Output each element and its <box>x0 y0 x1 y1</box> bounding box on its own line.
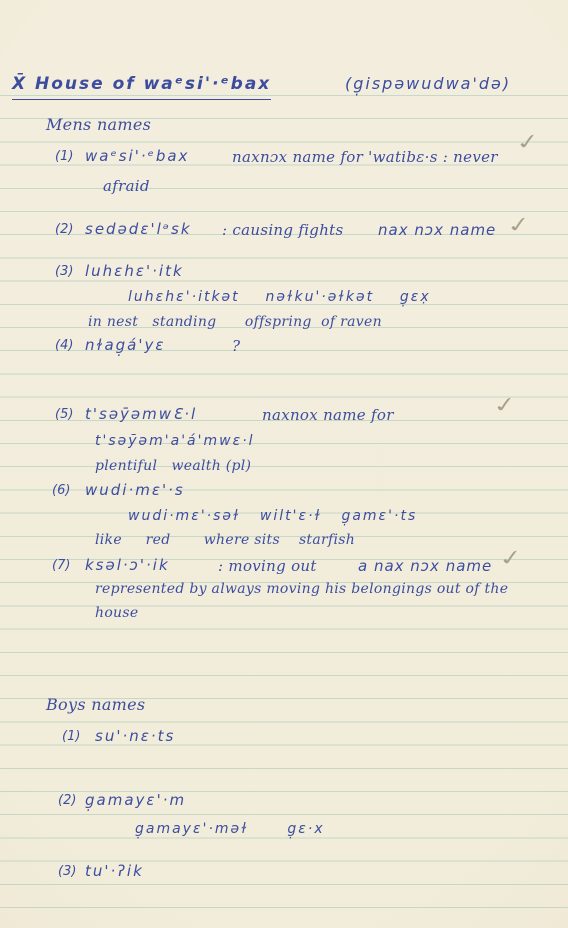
entry-number: (2) <box>58 794 76 808</box>
notebook-page: X̄ House of waᵉsi'·ᵉbax (g̣ispəwudwa'də)… <box>0 0 568 928</box>
ruled-lines <box>0 95 568 909</box>
entry-subform: wudi·mɛ'·səɫ wilt'ɛ·ɫ g̣amɛ'·ts <box>128 509 417 524</box>
entry-note-continuation-2: house <box>95 606 138 621</box>
entry-name: ksəl·ɔ'·ik <box>85 557 170 574</box>
entry-subform: g̣amayɛ'·məɫ g̣ɛ·x <box>135 822 325 837</box>
checkmark-icon: ✓ <box>497 545 525 571</box>
entry-note: : causing fights <box>222 222 344 239</box>
checkmark-icon: ✓ <box>491 392 519 418</box>
entry-name: wudi·mɛ'·s <box>85 482 185 499</box>
entry-number: (3) <box>55 265 73 279</box>
entry-subform: luhɛhɛ'·itkət nəɫku'·əɫkət g̣ɛx̣ <box>128 290 431 305</box>
entry-note: naxnɔx name for 'watibɛ·s : never <box>232 149 498 166</box>
entry-number: (4) <box>55 339 73 353</box>
page-title: X̄ House of waᵉsi'·ᵉbax <box>12 75 271 100</box>
entry-number: (1) <box>62 730 80 744</box>
entry-name: waᵉsi'·ᵉbax <box>85 148 189 165</box>
clan-annotation: (g̣ispəwudwa'də) <box>345 75 511 93</box>
entry-subform: t'səȳəm'a'á'mwɛ·l <box>95 434 255 449</box>
entry-note: ? <box>232 338 240 355</box>
entry-note-2: nax nɔx name <box>378 222 496 239</box>
entry-name: luhɛhɛ'·itk <box>85 263 184 280</box>
entry-name: sedədɛ'lᵊsk <box>85 221 192 238</box>
entry-number: (2) <box>55 223 73 237</box>
entry-number: (3) <box>58 865 76 879</box>
entry-gloss: like red where sits starfish <box>95 533 355 548</box>
boys-names-heading: Boys names <box>46 696 145 714</box>
entry-note: : moving out <box>218 558 317 575</box>
checkmark-icon: ✓ <box>514 129 542 155</box>
entry-name: tu'·ʔik <box>85 863 144 880</box>
entry-name: t'səȳəmwƐ·l <box>85 406 197 423</box>
entry-number: (1) <box>55 150 73 164</box>
entry-gloss: in nest standing offspring of raven <box>88 315 382 330</box>
entry-number: (5) <box>55 408 73 422</box>
mens-names-heading: Mens names <box>46 116 151 134</box>
checkmark-icon: ✓ <box>505 212 533 238</box>
entry-name: nɫag̣á'yɛ <box>85 337 166 354</box>
entry-name: su'·nɛ·ts <box>95 728 175 745</box>
entry-note-continuation: represented by always moving his belongi… <box>95 582 508 597</box>
entry-note-continuation: afraid <box>103 178 150 195</box>
entry-name: g̣amayɛ'·m <box>85 792 186 809</box>
entry-number: (7) <box>52 559 70 573</box>
entry-number: (6) <box>52 484 70 498</box>
entry-note-2: a nax nɔx name <box>358 558 492 575</box>
entry-note: naxnox name for <box>262 407 394 424</box>
entry-gloss: plentiful wealth (pl) <box>95 459 251 474</box>
